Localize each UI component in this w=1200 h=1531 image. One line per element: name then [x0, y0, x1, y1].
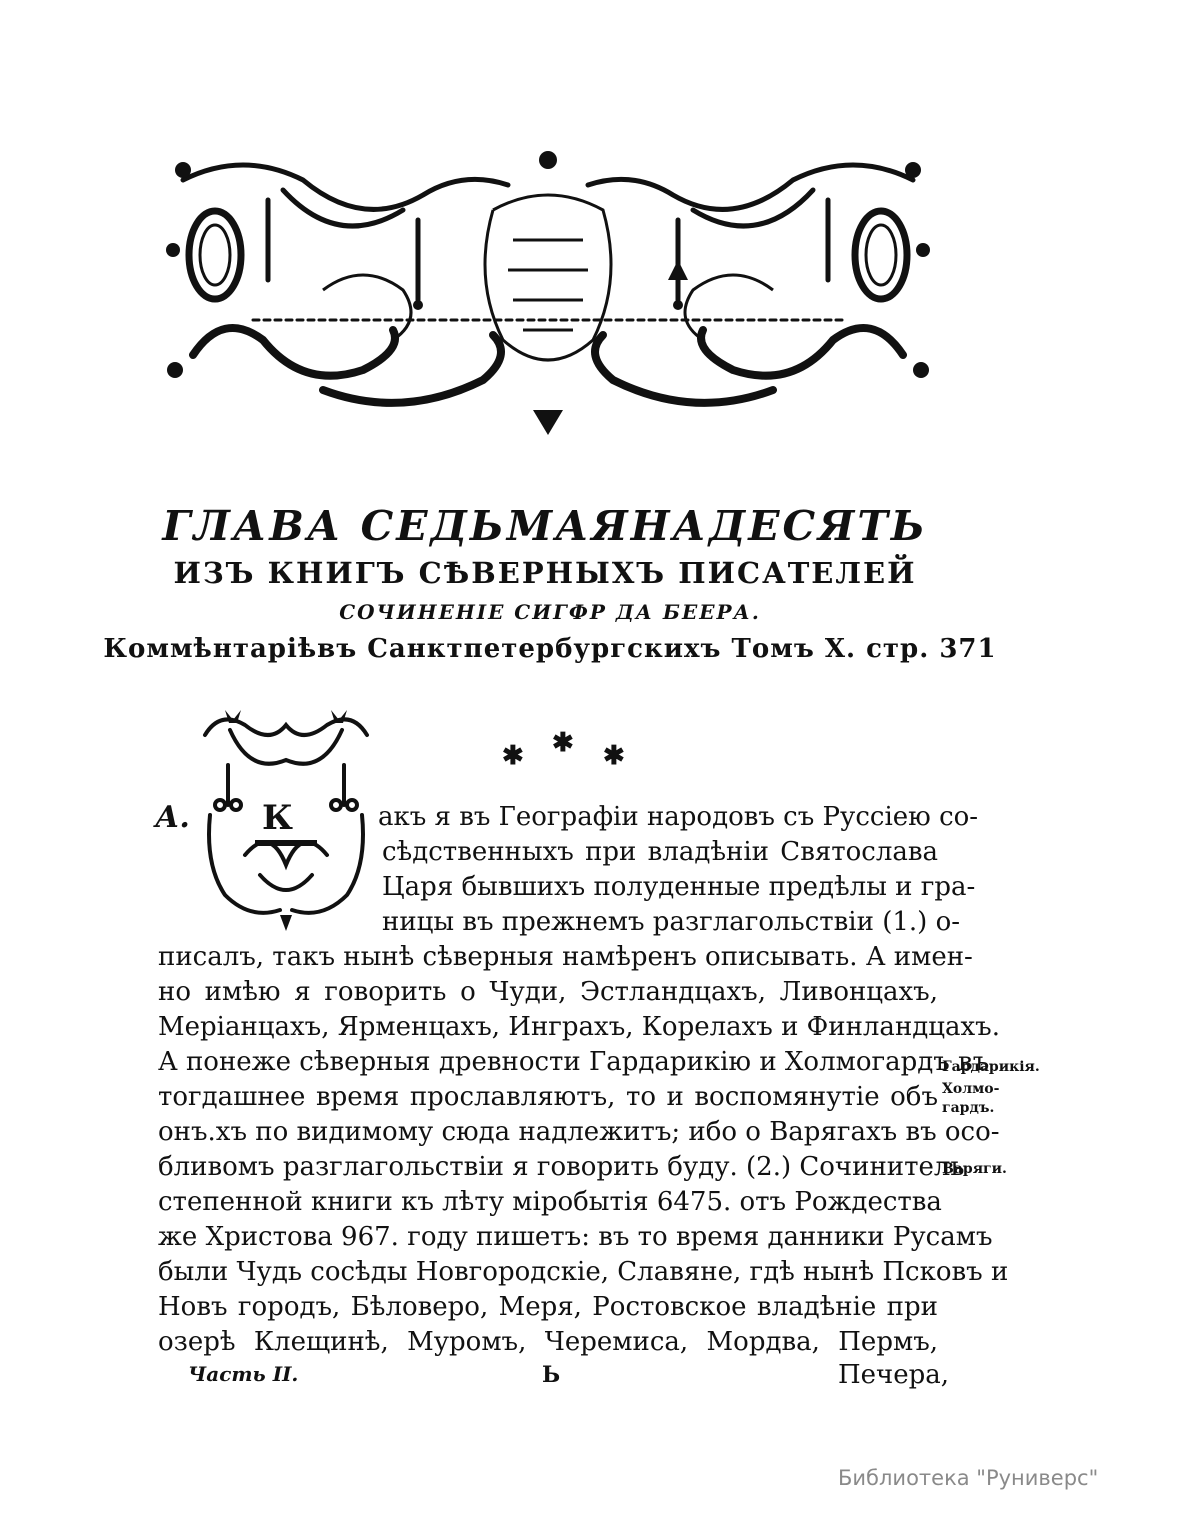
chapter-subtitle: ИЗЪ КНИГЪ СѢВЕРНЫХЪ ПИСАТЕЛЕЙ: [0, 556, 1090, 590]
text-line: Мерiанцахъ, Ярменцахъ, Инграхъ, Корелахъ…: [158, 1010, 938, 1044]
star-icon: ✱: [603, 743, 625, 769]
margin-note: Варяги.: [942, 1160, 1007, 1178]
chapter-author: СОЧИНЕНIЕ СИГФР ДА БЕЕРА.: [0, 600, 1100, 624]
margin-note: Гардарикiя.: [942, 1058, 1040, 1076]
text-line: ницы въ прежнемъ разглагольствiи (1.) о-: [382, 905, 938, 939]
text-line: сѣдственныхъ при владѣнiи Святослава: [382, 835, 938, 869]
asterism-ornament: ✱ ✱ ✱: [490, 727, 630, 777]
margin-note: гардъ.: [942, 1099, 994, 1117]
text-line: бливомъ разглагольствiи я говорить буду.…: [158, 1150, 938, 1184]
text-line: озерѣ Клещинѣ, Муромъ, Черемиса, Мордва,…: [158, 1325, 938, 1359]
margin-letter: А.: [155, 800, 190, 835]
chapter-source: Коммѣнтарiѣвъ Санктпетербургскихъ Томъ X…: [0, 634, 1100, 664]
baroque-ornament-headpiece-icon: [163, 140, 933, 435]
text-line: Новъ городъ, Бѣловеро, Меря, Ростовское …: [158, 1290, 938, 1324]
text-line: тогдашнее время прославляютъ, то и воспо…: [158, 1080, 938, 1114]
text-line: акъ я въ Географiи народовъ съ Руссiею с…: [378, 800, 938, 834]
chapter-title: ГЛАВА СЕДЬМАЯНАДЕСЯТЬ: [0, 502, 1090, 550]
library-watermark: Библиотека "Руниверс": [838, 1466, 1098, 1490]
text-line: были Чудь сосѣды Новгородскiе, Славяне, …: [158, 1255, 938, 1289]
text-line: же Христова 967. году пишетъ: въ то врем…: [158, 1220, 938, 1254]
signature-part: Часть II.: [188, 1362, 298, 1386]
text-line: онъ.хъ по видимому сюда надлежитъ; ибо о…: [158, 1115, 938, 1149]
text-line: степенной книги къ лѣту мiробытiя 6475. …: [158, 1185, 938, 1219]
signature-mark: Ь: [542, 1362, 560, 1388]
star-icon: ✱: [502, 743, 524, 769]
catchword: Печера,: [838, 1358, 949, 1392]
dropcap-letter: К: [262, 798, 293, 838]
text-line: Царя бывшихъ полуденные предѣлы и гра-: [382, 870, 938, 904]
text-line: писалъ, такъ нынѣ сѣверныя намѣренъ опис…: [158, 940, 938, 974]
margin-note: Холмо-: [942, 1080, 999, 1098]
text-line: А понеже сѣверныя древности Гардарикiю и…: [158, 1045, 938, 1079]
text-line: но имѣю я говорить о Чуди, Эстландцахъ, …: [158, 975, 938, 1009]
star-icon: ✱: [552, 730, 574, 756]
